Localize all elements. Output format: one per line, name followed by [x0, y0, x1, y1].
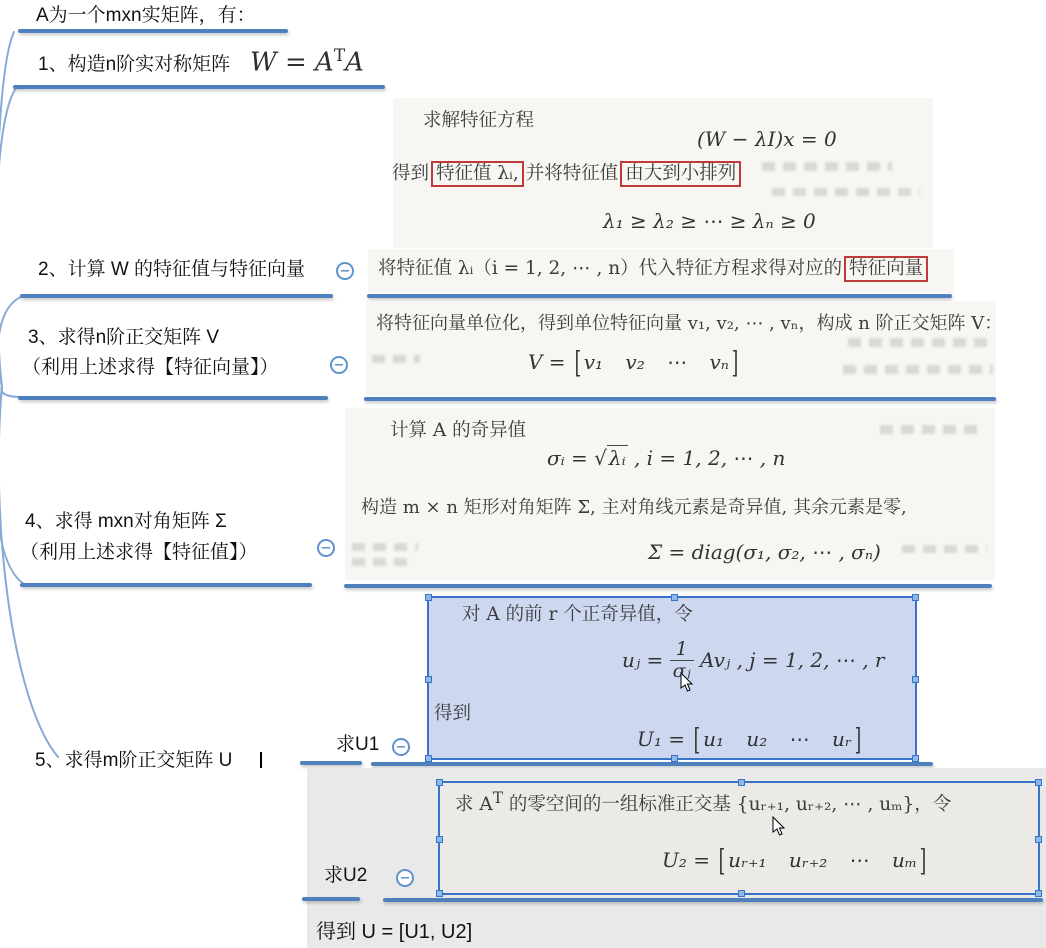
minus-glyph: −	[396, 741, 407, 754]
branch2-topic[interactable]: 2、计算 W 的特征值与特征向量	[38, 258, 305, 282]
scan-bleed-artifact	[902, 545, 987, 553]
note-eigen-equation-title: 求解特征方程	[423, 106, 534, 132]
text-caret	[260, 752, 262, 768]
collapse-icon[interactable]: −	[392, 738, 410, 756]
minus-glyph: −	[321, 542, 332, 555]
branch2-note-underline	[367, 294, 952, 298]
minus-glyph: −	[340, 265, 351, 278]
scan-bleed-artifact	[843, 365, 993, 374]
u2-label-underline	[302, 897, 360, 901]
selection-handle[interactable]	[436, 779, 443, 786]
note-u1-dedao: 得到	[434, 699, 471, 725]
formula-v-matrix: V = [v₁ v₂ ⋯ vₙ]	[528, 350, 741, 374]
scan-bleed-artifact	[762, 162, 892, 171]
formula-singular-values: σᵢ = √λᵢ , i = 1, 2, ⋯ , n	[547, 446, 785, 470]
highlight-eigenvector: 特征向量	[844, 256, 928, 282]
formula-sigma-diag: Σ = diag(σ₁, σ₂, ⋯ , σₙ)	[648, 540, 881, 564]
selection-handle[interactable]	[1035, 779, 1042, 786]
collapse-icon[interactable]: −	[330, 356, 348, 374]
u2-topic[interactable]: 求U2	[324, 864, 367, 888]
formula-eigenvalue-order: λ₁ ≥ λ₂ ≥ ⋯ ≥ λₙ ≥ 0	[603, 209, 816, 233]
scan-bleed-artifact	[352, 543, 418, 551]
note-u1-title: 对 A 的前 r 个正奇异值，令	[462, 600, 693, 626]
scan-bleed-artifact	[848, 338, 988, 347]
branch3-underline	[18, 396, 328, 400]
branch1-topic[interactable]: 1、构造n阶实对称矩阵	[38, 53, 230, 77]
selection-handle[interactable]	[1035, 836, 1042, 843]
scan-bleed-artifact	[772, 188, 920, 196]
curve-to-root	[0, 32, 14, 386]
note-singular-title: 计算 A 的奇异值	[390, 416, 526, 442]
note-u2-title: 求 AT 的零空间的一组标准正交基 {uᵣ₊₁, uᵣ₊₂, ⋯ , uₘ}，令	[455, 789, 951, 816]
selection-handle[interactable]	[912, 594, 919, 601]
branch4-note-underline	[344, 584, 992, 588]
branch3-topic[interactable]: 3、求得n阶正交矩阵 V	[28, 326, 219, 350]
formula-characteristic-equation: (W − λI)x = 0	[697, 127, 837, 151]
u-result-topic[interactable]: 得到 U = [U1, U2]	[316, 915, 472, 944]
selection-handle[interactable]	[671, 755, 678, 762]
selection-handle[interactable]	[912, 676, 919, 683]
selection-handle[interactable]	[425, 676, 432, 683]
scan-bleed-artifact	[372, 355, 420, 363]
selection-handle[interactable]	[912, 755, 919, 762]
u1-topic[interactable]: 求U1	[336, 733, 379, 757]
formula-w-ata: W = ATA	[250, 45, 364, 78]
mindmap-canvas: A为一个mxn实矩阵，有： 1、构造n阶实对称矩阵 W = ATA 求解特征方程…	[0, 0, 1046, 948]
scan-bleed-artifact	[352, 558, 407, 566]
note-eigenvector-line: 将特征值 λᵢ（i = 1, 2, ⋯ , n）代入特征方程求得对应的特征向量	[378, 254, 930, 282]
curve-to-branch2	[0, 296, 23, 386]
collapse-icon[interactable]: −	[396, 869, 414, 887]
formula-u1-matrix: U₁ = [u₁ u₂ ⋯ uᵣ]	[637, 727, 864, 751]
selection-handle[interactable]	[425, 594, 432, 601]
scan-bleed-artifact	[880, 425, 985, 434]
selection-handle[interactable]	[436, 836, 443, 843]
branch2-underline	[20, 294, 333, 298]
branch3-topic-line2[interactable]: （利用上述求得【特征向量】）	[22, 356, 279, 380]
selection-handle[interactable]	[738, 779, 745, 786]
curve-to-branch1	[0, 87, 17, 386]
u2-note-underline	[383, 898, 1043, 902]
collapse-icon[interactable]: −	[336, 262, 354, 280]
root-underline	[18, 29, 288, 33]
u1-note-underline	[371, 762, 933, 766]
note-sigma-line: 构造 m × n 矩形对角矩阵 Σ, 主对角线元素是奇异值, 其余元素是零,	[361, 493, 907, 519]
collapse-icon[interactable]: −	[317, 539, 335, 557]
formula-uj: uⱼ = 1σⱼ Avⱼ , j = 1, 2, ⋯ , r	[622, 640, 884, 683]
note-eigenvalue-line: 得到特征值 λᵢ,并将特征值由大到小排列	[392, 159, 743, 187]
u1-label-underline	[300, 761, 362, 765]
highlight-descending-order: 由大到小排列	[620, 161, 741, 187]
selection-handle[interactable]	[425, 755, 432, 762]
minus-glyph: −	[400, 872, 411, 885]
branch3-note-underline	[364, 397, 996, 401]
curve-to-branch5	[0, 386, 58, 757]
branch1-underline	[13, 85, 385, 89]
root-topic[interactable]: A为一个mxn实矩阵，有：	[36, 4, 256, 28]
branch5-topic-clipped[interactable]: 5、求得m阶正交矩阵 U	[35, 749, 305, 768]
minus-glyph: −	[334, 359, 345, 372]
formula-u2-matrix: U₂ = [uᵣ₊₁ uᵣ₊₂ ⋯ uₘ]	[662, 848, 929, 872]
branch4-underline	[20, 583, 312, 587]
selection-handle[interactable]	[738, 890, 745, 897]
branch4-topic-line2[interactable]: （利用上述求得【特征值】）	[20, 541, 258, 565]
selection-handle[interactable]	[436, 890, 443, 897]
branch5-topic[interactable]: 5、求得m阶正交矩阵 U	[35, 749, 305, 768]
selection-handle[interactable]	[1035, 890, 1042, 897]
note-v-line: 将特征向量单位化，得到单位特征向量 v₁, v₂, ⋯ , vₙ，构成 n 阶正…	[376, 309, 1002, 335]
highlight-eigenvalue: 特征值 λᵢ,	[431, 161, 524, 187]
branch4-topic[interactable]: 4、求得 mxn对角矩阵 Σ	[25, 510, 227, 534]
